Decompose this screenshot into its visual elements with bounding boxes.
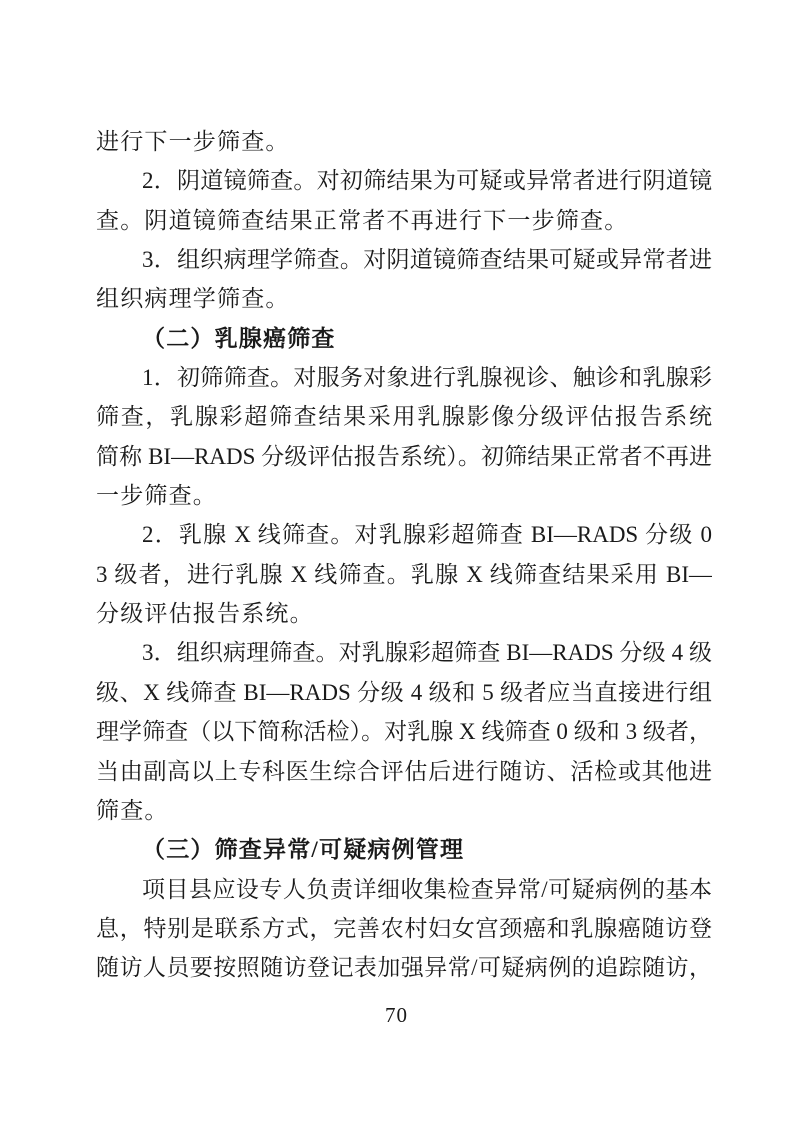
text-line: 筛查。: [96, 791, 712, 830]
text-line: 随访人员要按照随访登记表加强异常/可疑病例的追踪随访，督: [96, 948, 712, 987]
page-number: 70: [0, 1003, 793, 1028]
section-heading-breast-cancer-screening: （二）乳腺癌筛查: [96, 319, 712, 358]
text-line: 一步筛查。: [96, 476, 712, 515]
text-line: 3．组织病理学筛查。对阴道镜筛查结果可疑或异常者进行: [96, 240, 712, 279]
text-line: 3．组织病理筛查。对乳腺彩超筛查 BI—RADS 分级 4 级和 5: [96, 633, 712, 672]
text-line: 息，特别是联系方式，完善农村妇女宫颈癌和乳腺癌随访登记表，: [96, 909, 712, 948]
text-line: 组织病理学筛查。: [96, 279, 712, 318]
text-line: 项目县应设专人负责详细收集检查异常/可疑病例的基本信: [96, 870, 712, 909]
text-line: 3 级者，进行乳腺 X 线筛查。乳腺 X 线筛查结果采用 BI—RADS: [96, 555, 712, 594]
document-body: 进行下一步筛查。 2．阴道镜筛查。对初筛结果为可疑或异常者进行阴道镜筛 查。阴道…: [96, 122, 712, 988]
section-heading-abnormal-case-management: （三）筛查异常/可疑病例管理: [96, 830, 712, 869]
text-line: 1．初筛筛查。对服务对象进行乳腺视诊、触诊和乳腺彩超: [96, 358, 712, 397]
text-line: 2．乳腺 X 线筛查。对乳腺彩超筛查 BI—RADS 分级 0 级以及: [96, 515, 712, 554]
text-line: 查。阴道镜筛查结果正常者不再进行下一步筛查。: [96, 201, 712, 240]
text-line: 简称 BI—RADS 分级评估报告系统）。初筛结果正常者不再进行下: [96, 437, 712, 476]
text-line: 2．阴道镜筛查。对初筛结果为可疑或异常者进行阴道镜筛: [96, 161, 712, 200]
text-line: 筛查，乳腺彩超筛查结果采用乳腺影像分级评估报告系统（以下: [96, 397, 712, 436]
text-line: 级、X 线筛查 BI—RADS 分级 4 级和 5 级者应当直接进行组织病: [96, 673, 712, 712]
text-line: 当由副高以上专科医生综合评估后进行随访、活检或其他进一步: [96, 752, 712, 791]
document-page: 进行下一步筛查。 2．阴道镜筛查。对初筛结果为可疑或异常者进行阴道镜筛 查。阴道…: [0, 0, 793, 1122]
text-line: 理学筛查（以下简称活检）。对乳腺 X 线筛查 0 级和 3 级者，应: [96, 712, 712, 751]
text-line: 分级评估报告系统。: [96, 594, 712, 633]
text-line: 进行下一步筛查。: [96, 122, 712, 161]
